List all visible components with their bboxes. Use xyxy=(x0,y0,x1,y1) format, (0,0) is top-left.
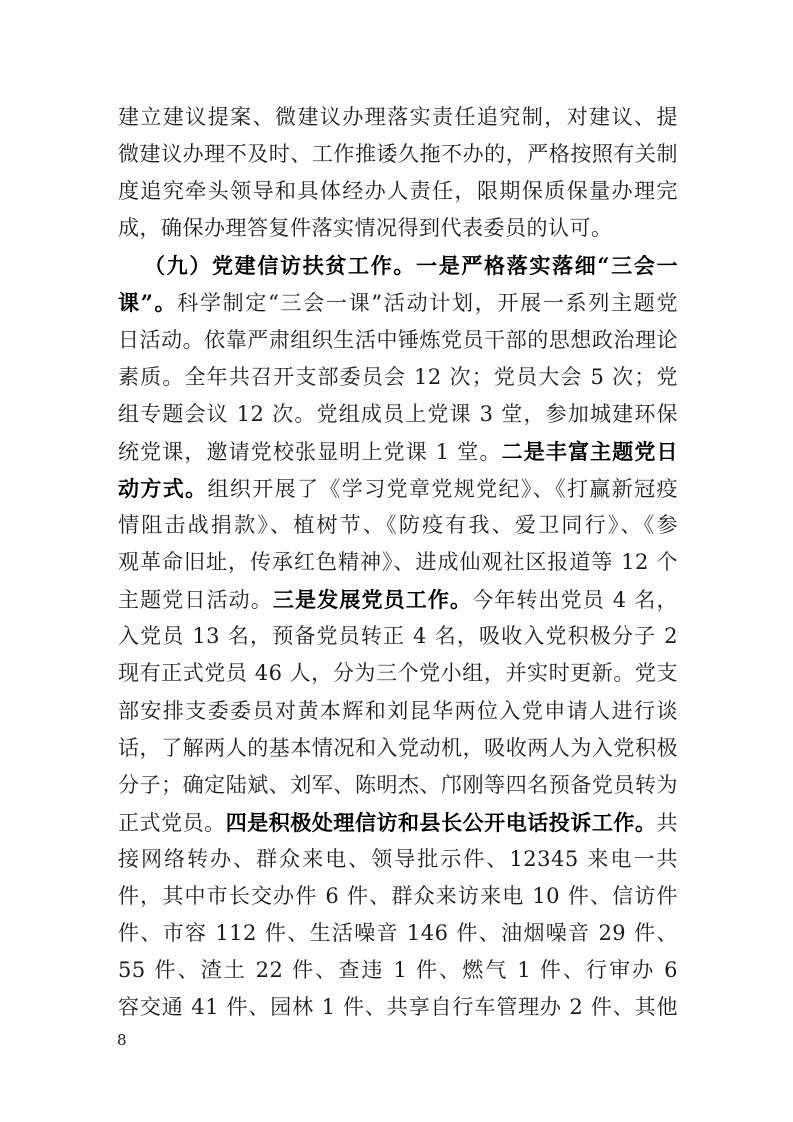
text-line-4: 成，确保办理答复件落实情况得到代表委员的认可。 xyxy=(118,210,678,247)
text-line-7: 日活动。依靠严肃组织生活中锤炼党员干部的思想政治理论 xyxy=(118,322,678,359)
text-run: 件，其中市长交办件 6 件、群众来访来电 10 件、信访件 15 xyxy=(118,884,678,915)
text-line-10: 统党课，邀请党校张显明上党课 1 堂。二是丰富主题党日活 xyxy=(118,433,678,470)
text-line-21: 接网络转办、群众来电、领导批示件、12345 来电一共 455 xyxy=(118,841,678,878)
text-run: 现有正式党员 46 人，分为三个党小组，并实时更新。党支 xyxy=(118,661,678,685)
text-run: 件、市容 112 件、生活噪音 146 件、油烟噪音 29 件、市政 xyxy=(118,921,678,952)
text-run: 分子；确定陆斌、刘军、陈明杰、邝刚等四名预备党员转为 xyxy=(118,773,678,797)
text-run: 组专题会议 12 次。党组成员上党课 3 堂，参加城建环保系 xyxy=(118,402,678,433)
text-run: 主题党日活动。 xyxy=(118,588,273,612)
text-run: 素质。全年共召开支部委员会 12 次；党员大会 5 次；党小 xyxy=(118,365,678,396)
text-run: 55 件、渣土 22 件、查违 1 件、燃气 1 件、行审办 6 件、市 xyxy=(118,958,678,989)
text-line-1: 建立建议提案、微建议办理落实责任追究制，对建议、提案、 xyxy=(118,99,678,136)
page-number: 8 xyxy=(117,1030,127,1050)
text-line-19: 分子；确定陆斌、刘军、陈明杰、邝刚等四名预备党员转为 xyxy=(118,767,678,804)
text-line-23: 件、市容 112 件、生活噪音 146 件、油烟噪音 29 件、市政 xyxy=(118,915,678,952)
document-page: 建立建议提案、微建议办理落实责任追究制，对建议、提案、微建议办理不及时、工作推诿… xyxy=(0,0,793,1122)
text-run: 话，了解两人的基本情况和入党动机，吸收两人为入党积极 xyxy=(118,736,678,760)
bold-text-run: 课”。 xyxy=(118,290,177,315)
bold-text-run: 四是积极处理信访和县长公开电话投诉工作。 xyxy=(226,810,657,835)
text-run: 情阻击战捐款》、植树节、《防疫有我、爱卫同行》、《参 xyxy=(118,513,678,537)
text-run: 成，确保办理答复件落实情况得到代表委员的认可。 xyxy=(118,216,613,240)
text-line-25: 容交通 41 件、园林 1 件、共享自行车管理办 2 件、其他 39 xyxy=(118,989,678,1026)
text-line-22: 件，其中市长交办件 6 件、群众来访来电 10 件、信访件 15 xyxy=(118,878,678,915)
text-line-5: （九）党建信访扶贫工作。一是严格落实落细“三会一 xyxy=(118,247,678,284)
text-line-2: 微建议办理不及时、工作推诿久拖不办的，严格按照有关制 xyxy=(118,136,678,173)
text-run: 部安排支委委员对黄本辉和刘昆华两位入党申请人进行谈 xyxy=(118,699,678,723)
text-line-12: 情阻击战捐款》、植树节、《防疫有我、爱卫同行》、《参 xyxy=(118,507,678,544)
text-run: 正式党员。 xyxy=(118,811,226,835)
document-body: 建立建议提案、微建议办理落实责任追究制，对建议、提案、微建议办理不及时、工作推诿… xyxy=(118,99,678,1026)
text-line-3: 度追究牵头领导和具体经办人责任，限期保质保量办理完 xyxy=(118,173,678,210)
text-line-9: 组专题会议 12 次。党组成员上党课 3 堂，参加城建环保系 xyxy=(118,396,678,433)
text-run: 容交通 41 件、园林 1 件、共享自行车管理办 2 件、其他 39 xyxy=(118,995,678,1026)
text-line-20: 正式党员。四是积极处理信访和县长公开电话投诉工作。共 xyxy=(118,804,678,841)
text-run: 度追究牵头领导和具体经办人责任，限期保质保量办理完 xyxy=(118,179,678,203)
bold-text-run: 三是发展党员工作。 xyxy=(273,587,472,612)
text-run: 组织开展了《学习党章党规党纪》、《打赢新冠疫 xyxy=(208,477,678,501)
text-line-14: 主题党日活动。三是发展党员工作。今年转出党员 4 名，转 xyxy=(118,581,678,618)
text-line-11: 动方式。组织开展了《学习党章党规党纪》、《打赢新冠疫 xyxy=(118,470,678,507)
text-line-24: 55 件、渣土 22 件、查违 1 件、燃气 1 件、行审办 6 件、市 xyxy=(118,952,678,989)
text-run: 微建议办理不及时、工作推诿久拖不办的，严格按照有关制 xyxy=(118,142,678,166)
text-run: 建立建议提案、微建议办理落实责任追究制，对建议、提案、 xyxy=(118,105,678,136)
text-run: 日活动。依靠严肃组织生活中锤炼党员干部的思想政治理论 xyxy=(118,328,678,352)
text-line-8: 素质。全年共召开支部委员会 12 次；党员大会 5 次；党小 xyxy=(118,359,678,396)
text-line-17: 部安排支委委员对黄本辉和刘昆华两位入党申请人进行谈 xyxy=(118,693,678,730)
text-run: 统党课，邀请党校张显明上党课 1 堂。 xyxy=(118,440,502,464)
text-line-13: 观革命旧址，传承红色精神》、进成仙观社区报道等 12 个 xyxy=(118,544,678,581)
text-line-16: 现有正式党员 46 人，分为三个党小组，并实时更新。党支 xyxy=(118,655,678,692)
bold-text-run: （九）党建信访扶贫工作。一是严格落实落细“三会一 xyxy=(144,253,678,278)
text-line-18: 话，了解两人的基本情况和入党动机，吸收两人为入党积极 xyxy=(118,730,678,767)
bold-text-run: 动方式。 xyxy=(118,476,208,501)
text-run: 科学制定“三会一课”活动计划，开展一系列主题党 xyxy=(177,291,678,315)
text-line-15: 入党员 13 名，预备党员转正 4 名，吸收入党积极分子 2 名， xyxy=(118,618,678,655)
text-run: 接网络转办、群众来电、领导批示件、12345 来电一共 455 xyxy=(118,847,678,878)
text-run: 观革命旧址，传承红色精神》、进成仙观社区报道等 12 个 xyxy=(118,550,678,574)
text-run: 共 xyxy=(657,811,678,835)
text-line-6: 课”。科学制定“三会一课”活动计划，开展一系列主题党 xyxy=(118,284,678,321)
text-run: 入党员 13 名，预备党员转正 4 名，吸收入党积极分子 2 名， xyxy=(118,624,678,655)
